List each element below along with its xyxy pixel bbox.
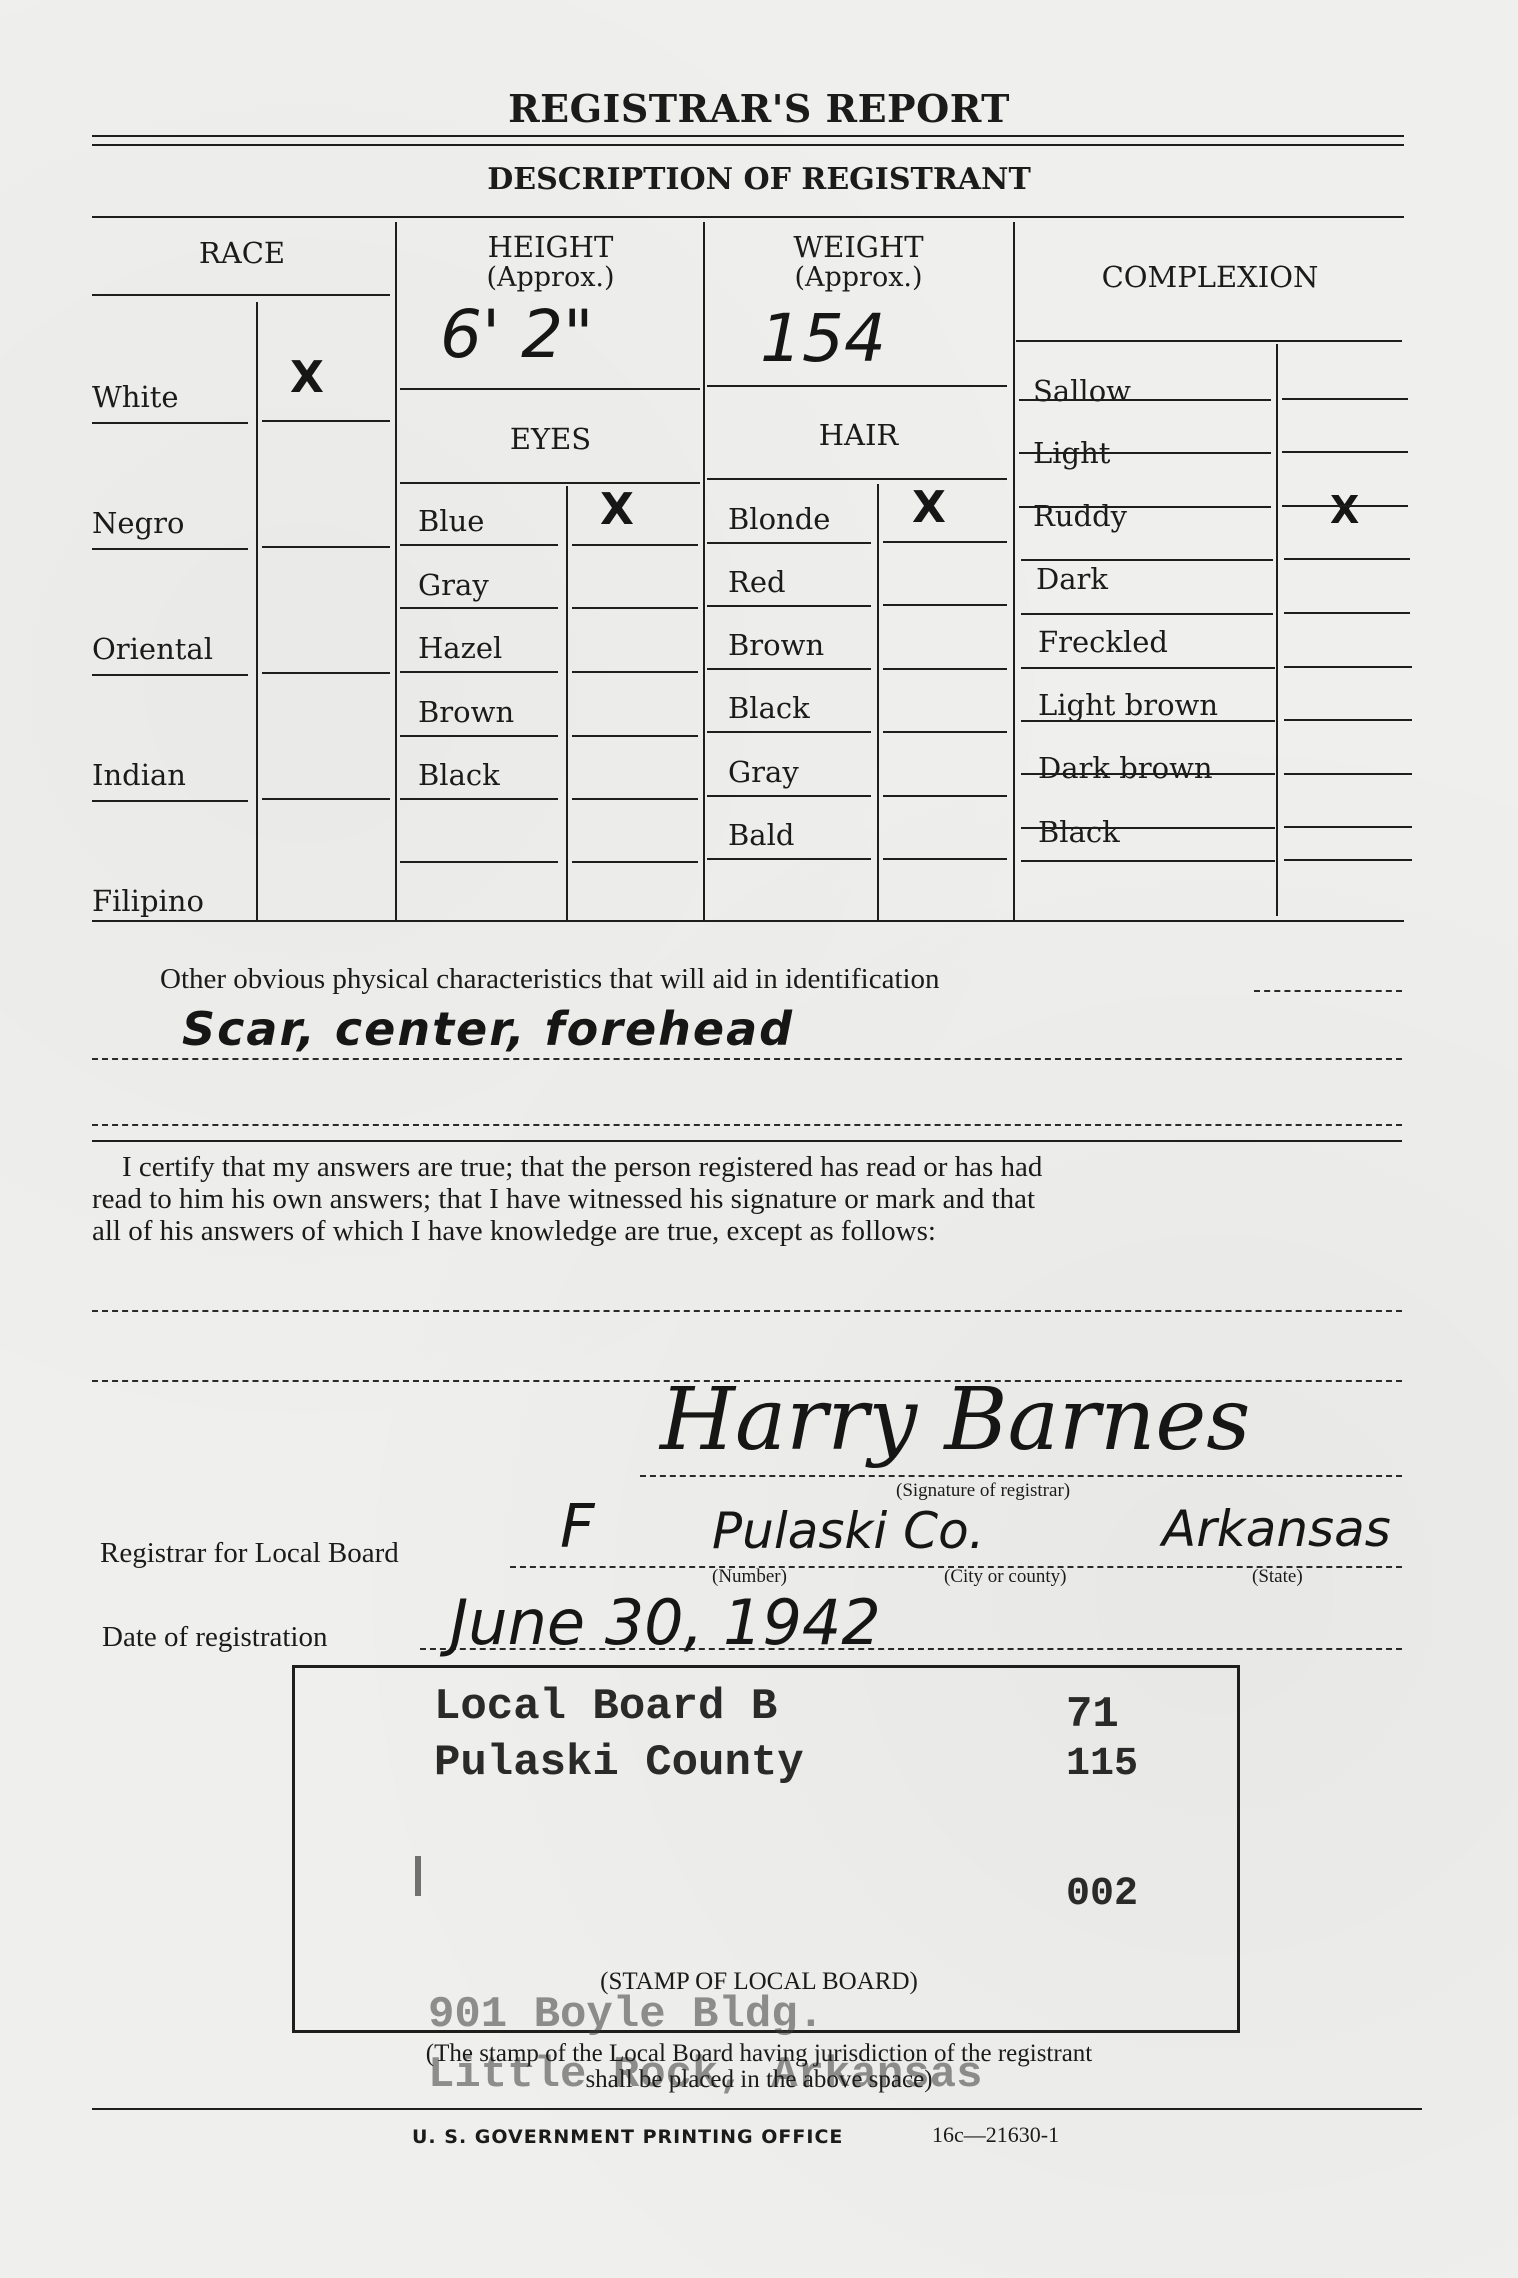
hair-header: HAIR xyxy=(706,420,1011,450)
complexion-rule xyxy=(1284,719,1412,721)
complexion-option-freckled: Freckled xyxy=(1038,625,1168,659)
state-caption: (State) xyxy=(1252,1566,1303,1588)
complexion-rule xyxy=(1019,506,1271,508)
stamp-number-2: 115 xyxy=(1066,1742,1138,1787)
local-board-number[interactable]: F xyxy=(560,1492,595,1562)
weight-approx: (Approx.) xyxy=(706,264,1011,292)
signature-caption: (Signature of registrar) xyxy=(896,1480,1070,1502)
title-rule-1 xyxy=(92,135,1404,137)
hair-rule xyxy=(707,795,871,797)
complexion-rule xyxy=(1282,398,1408,400)
eyes-header: EYES xyxy=(398,424,703,454)
hair-rule xyxy=(883,604,1007,606)
complexion-rule xyxy=(1021,613,1273,615)
complexion-rule xyxy=(1019,399,1271,401)
number-caption: (Number) xyxy=(712,1566,787,1588)
footer-printer: U. S. GOVERNMENT PRINTING OFFICE xyxy=(412,2126,843,2148)
eyes-rule xyxy=(400,607,558,609)
race-rule xyxy=(262,546,390,548)
stamp-smudge xyxy=(415,1856,421,1896)
race-rule xyxy=(262,420,390,422)
eyes-rule xyxy=(400,735,558,737)
hair-option-bald: Bald xyxy=(728,818,794,852)
complexion-rule xyxy=(1021,827,1275,829)
race-header: RACE xyxy=(92,238,392,268)
eyes-rule xyxy=(400,671,558,673)
stamp-note-2: shall be placed in the above space) xyxy=(0,2066,1518,2094)
eyes-mark-divider xyxy=(566,486,568,920)
complexion-option-dark-brown: Dark brown xyxy=(1038,751,1213,785)
complexion-header-rule xyxy=(1016,340,1402,342)
eyes-option-hazel: Hazel xyxy=(418,631,502,665)
complexion-rule xyxy=(1282,505,1408,507)
divider-weight-complexion xyxy=(1013,222,1015,922)
hair-header-rule xyxy=(707,478,1007,480)
eyes-rule xyxy=(400,544,558,546)
hair-rule xyxy=(707,668,871,670)
race-rule xyxy=(92,800,248,802)
local-board-state[interactable]: Arkansas xyxy=(1162,1500,1391,1558)
eyes-header-rule xyxy=(400,482,700,484)
complexion-option-sallow: Sallow xyxy=(1033,374,1131,408)
characteristics-value[interactable]: Scar, center, forehead xyxy=(182,1002,794,1056)
characteristics-line-1 xyxy=(92,1058,1402,1060)
eyes-rule xyxy=(572,735,698,737)
hair-rule xyxy=(707,858,871,860)
race-rule xyxy=(262,798,390,800)
hair-mark-divider xyxy=(877,484,879,920)
stamp-line-1: Local Board B xyxy=(434,1682,777,1732)
complexion-rule xyxy=(1021,559,1273,561)
eyes-rule xyxy=(572,671,698,673)
complexion-option-black: Black xyxy=(1038,815,1120,849)
race-rule xyxy=(92,674,248,676)
divider-height-weight xyxy=(703,222,705,922)
height-rule xyxy=(400,388,700,390)
characteristics-line-2 xyxy=(92,1124,1402,1126)
complexion-rule xyxy=(1021,720,1275,722)
stamp-number-1: 71 xyxy=(1066,1690,1119,1740)
eyes-option-black: Black xyxy=(418,758,500,792)
complexion-option-dark: Dark xyxy=(1036,562,1108,596)
hair-option-black: Black xyxy=(728,691,810,725)
stamp-address-1: 901 Boyle Bldg. xyxy=(428,1990,824,2040)
hair-option-blonde: Blonde xyxy=(728,502,830,536)
race-option-filipino: Filipino xyxy=(92,884,204,918)
city-caption: (City or county) xyxy=(944,1566,1066,1588)
weight-value[interactable]: 154 xyxy=(760,300,886,377)
complexion-rule xyxy=(1021,667,1275,669)
table-bottom-rule xyxy=(92,920,1404,922)
stamp-line-2: Pulaski County xyxy=(434,1738,804,1788)
hair-rule xyxy=(707,542,871,544)
characteristics-label: Other obvious physical characteristics t… xyxy=(160,962,940,996)
page-title: REGISTRAR'S REPORT xyxy=(0,86,1518,131)
stamp-number-3: 002 xyxy=(1066,1872,1138,1917)
exceptions-line-1 xyxy=(92,1310,1402,1312)
eyes-option-gray: Gray xyxy=(418,568,489,602)
race-rule xyxy=(92,422,248,424)
eyes-rule xyxy=(400,861,558,863)
complexion-rule xyxy=(1284,773,1412,775)
weight-rule xyxy=(707,385,1007,387)
registration-date-value[interactable]: June 30, 1942 xyxy=(450,1586,881,1659)
race-option-white: White xyxy=(92,380,179,414)
height-value[interactable]: 6' 2" xyxy=(440,296,593,373)
weight-header: WEIGHT xyxy=(706,232,1011,262)
hair-rule xyxy=(883,668,1007,670)
eyes-blue-checkbox[interactable]: X xyxy=(600,488,634,532)
hair-rule xyxy=(883,731,1007,733)
complexion-option-ruddy: Ruddy xyxy=(1033,499,1127,533)
table-top-rule xyxy=(92,216,1404,218)
complexion-rule xyxy=(1282,451,1408,453)
complexion-rule xyxy=(1019,452,1271,454)
stamp-note-1: (The stamp of the Local Board having jur… xyxy=(0,2040,1518,2068)
divider-race-height xyxy=(395,222,397,922)
eyes-rule xyxy=(572,607,698,609)
race-white-checkbox[interactable]: X xyxy=(290,356,324,400)
race-option-indian: Indian xyxy=(92,758,186,792)
title-rule-2 xyxy=(92,144,1404,146)
race-option-oriental: Oriental xyxy=(92,632,213,666)
local-board-city[interactable]: Pulaski Co. xyxy=(712,1502,985,1560)
eyes-rule xyxy=(572,861,698,863)
complexion-rule xyxy=(1021,860,1275,862)
hair-option-brown: Brown xyxy=(728,628,824,662)
race-header-rule xyxy=(92,294,390,296)
certification-line-3: all of his answers of which I have knowl… xyxy=(92,1214,936,1248)
race-rule xyxy=(262,672,390,674)
characteristics-dashline xyxy=(1254,990,1402,992)
eyes-rule xyxy=(572,798,698,800)
certification-line-1: I certify that my answers are true; that… xyxy=(122,1150,1042,1184)
registrar-signature[interactable]: Harry Barnes xyxy=(660,1370,1250,1470)
eyes-option-blue: Blue xyxy=(418,504,484,538)
hair-rule xyxy=(707,731,871,733)
section-title: DESCRIPTION OF REGISTRANT xyxy=(0,162,1518,197)
height-approx: (Approx.) xyxy=(398,264,703,292)
race-rule xyxy=(92,548,248,550)
complexion-rule xyxy=(1284,612,1410,614)
certification-line-2: read to him his own answers; that I have… xyxy=(92,1182,1035,1216)
hair-blonde-checkbox[interactable]: X xyxy=(912,486,946,530)
hair-rule xyxy=(883,541,1007,543)
complexion-rule xyxy=(1021,773,1275,775)
hair-option-red: Red xyxy=(728,565,786,599)
eyes-option-brown: Brown xyxy=(418,695,514,729)
complexion-option-light-brown: Light brown xyxy=(1038,688,1218,722)
complexion-ruddy-checkbox[interactable]: X xyxy=(1330,488,1359,532)
hair-rule xyxy=(707,605,871,607)
complexion-header: COMPLEXION xyxy=(1016,262,1404,292)
complexion-rule xyxy=(1284,666,1412,668)
registration-date-label: Date of registration xyxy=(102,1620,327,1654)
race-option-negro: Negro xyxy=(92,506,184,540)
complexion-rule xyxy=(1284,558,1410,560)
complexion-rule xyxy=(1284,826,1412,828)
footer-form-number: 16c—21630-1 xyxy=(932,2122,1059,2148)
complexion-rule xyxy=(1284,859,1412,861)
hair-rule xyxy=(883,858,1007,860)
race-mark-divider xyxy=(256,302,258,920)
hair-rule xyxy=(883,795,1007,797)
complexion-mark-divider xyxy=(1276,344,1278,916)
hair-option-gray: Gray xyxy=(728,755,799,789)
eyes-rule xyxy=(400,798,558,800)
footer-rule xyxy=(92,2108,1422,2110)
characteristics-rule xyxy=(92,1140,1402,1142)
eyes-rule xyxy=(572,544,698,546)
signature-line xyxy=(640,1475,1402,1477)
height-header: HEIGHT xyxy=(398,232,703,262)
local-board-label: Registrar for Local Board xyxy=(100,1536,399,1570)
